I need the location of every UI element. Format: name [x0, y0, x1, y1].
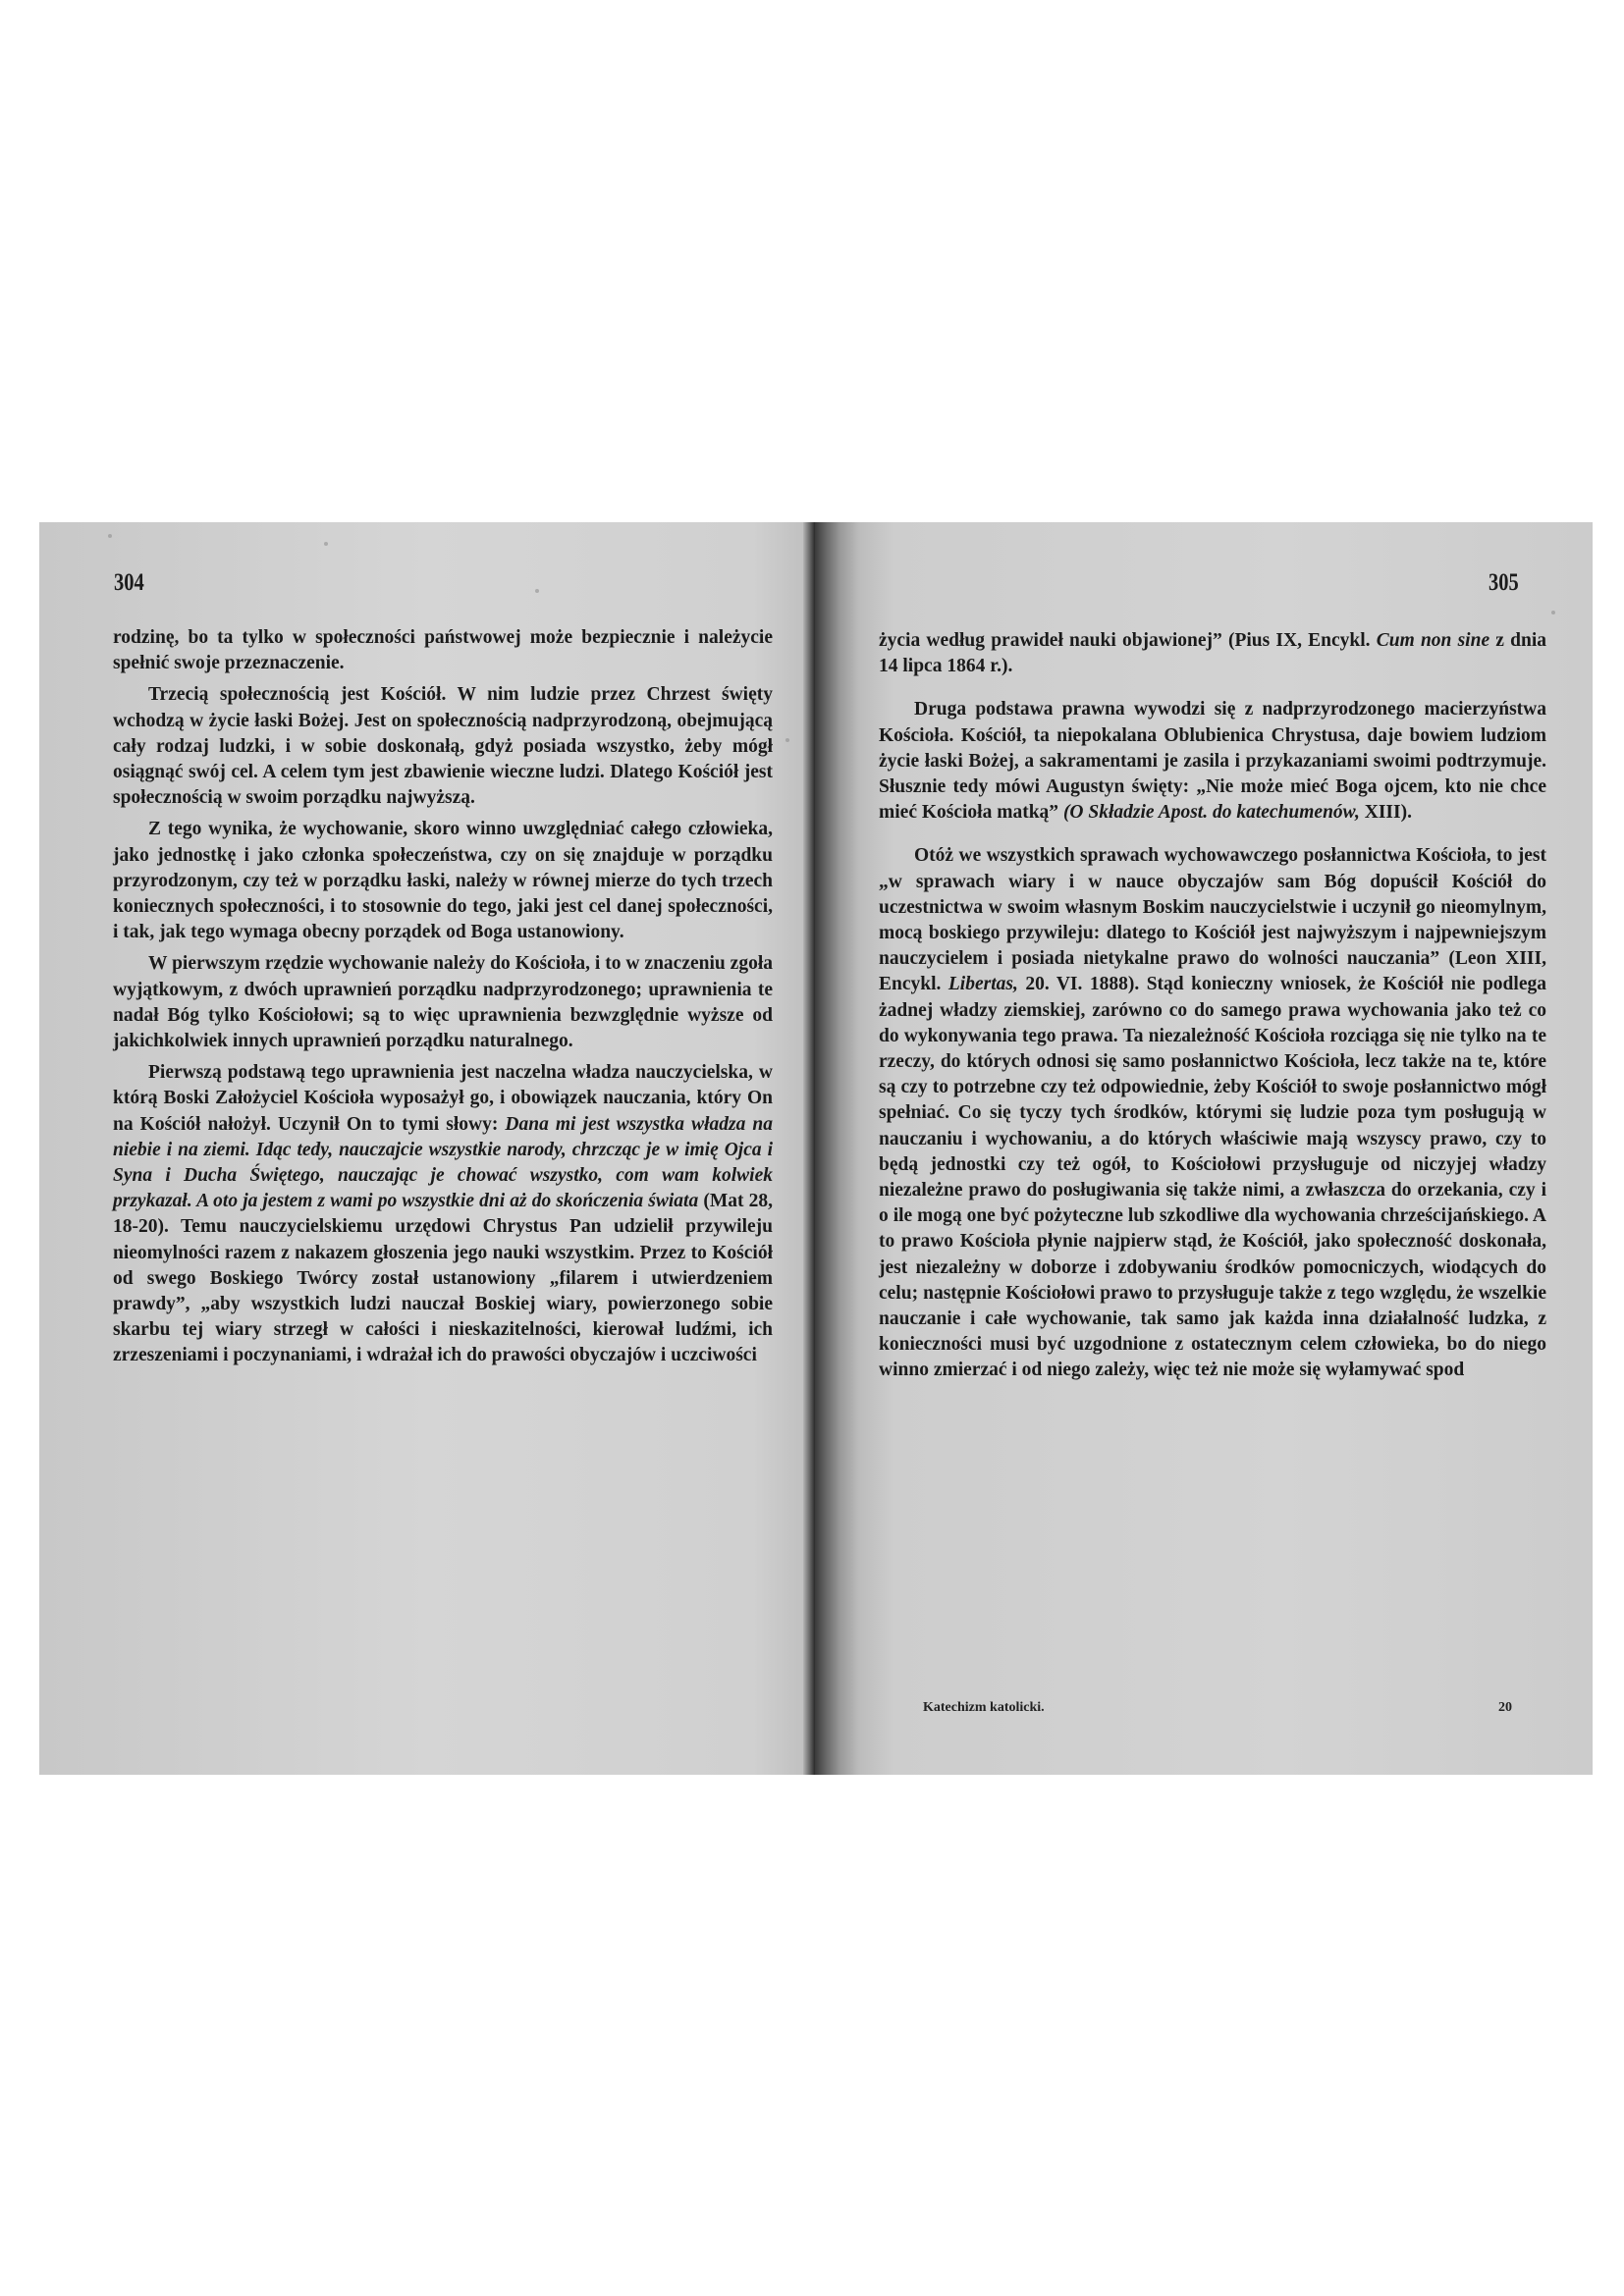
paragraph: Trzecią społecznością jest Kościół. W ni…	[113, 682, 773, 811]
signature-mark: 20	[1498, 1700, 1512, 1716]
scan-speck	[535, 589, 539, 593]
text-run: Z tego wynika, że wychowanie, skoro winn…	[113, 819, 773, 942]
right-page: 305 życia według prawideł nauki objawion…	[815, 522, 1593, 1775]
paragraph: rodzinę, bo ta tylko w społeczności pańs…	[113, 625, 773, 676]
right-page-body: życia według prawideł nauki objawionej” …	[879, 628, 1546, 1384]
text-run: życia według prawideł nauki objawionej” …	[879, 630, 1377, 651]
text-run: Otóż we wszystkich sprawach wychowawczeg…	[879, 845, 1546, 994]
book-scan: 304 rodzinę, bo ta tylko w społeczności …	[39, 522, 1593, 1775]
left-page: 304 rodzinę, bo ta tylko w społeczności …	[39, 522, 815, 1775]
left-page-body: rodzinę, bo ta tylko w społeczności pańs…	[113, 625, 773, 1369]
text-run: rodzinę, bo ta tylko w społeczności pańs…	[113, 627, 773, 673]
scan-speck	[785, 738, 789, 742]
italic-quote: Cum non sine	[1377, 630, 1489, 651]
footer-book-title: Katechizm katolicki.	[923, 1700, 1045, 1715]
page-footer: Katechizm katolicki. 20	[923, 1700, 1512, 1716]
paragraph: życia według prawideł nauki objawionej” …	[879, 628, 1546, 679]
scan-speck	[1551, 611, 1555, 614]
page-number-right: 305	[1489, 569, 1519, 597]
paragraph: Druga podstawa prawna wywodzi się z nadp…	[879, 697, 1546, 826]
text-run: XIII).	[1360, 802, 1412, 823]
italic-quote: Libertas,	[948, 974, 1018, 994]
text-run: (Mat 28, 18-20). Temu nauczycielskiemu u…	[113, 1191, 773, 1365]
scan-speck	[108, 534, 112, 538]
page-number-left: 304	[114, 569, 144, 597]
text-run: W pierwszym rzędzie wychowanie należy do…	[113, 953, 773, 1051]
scan-speck	[324, 542, 328, 546]
text-run: 20. VI. 1888). Stąd konieczny wniosek, ż…	[879, 974, 1546, 1380]
paragraph: Z tego wynika, że wychowanie, skoro winn…	[113, 817, 773, 945]
paragraph: W pierwszym rzędzie wychowanie należy do…	[113, 951, 773, 1054]
italic-quote: (O Składzie Apost. do katechumenów,	[1063, 802, 1360, 823]
paragraph: Pierwszą podstawą tego uprawnienia jest …	[113, 1060, 773, 1368]
book-gutter	[803, 522, 815, 1775]
text-run: Trzecią społecznością jest Kościół. W ni…	[113, 684, 773, 808]
paragraph: Otóż we wszystkich sprawach wychowawczeg…	[879, 843, 1546, 1383]
